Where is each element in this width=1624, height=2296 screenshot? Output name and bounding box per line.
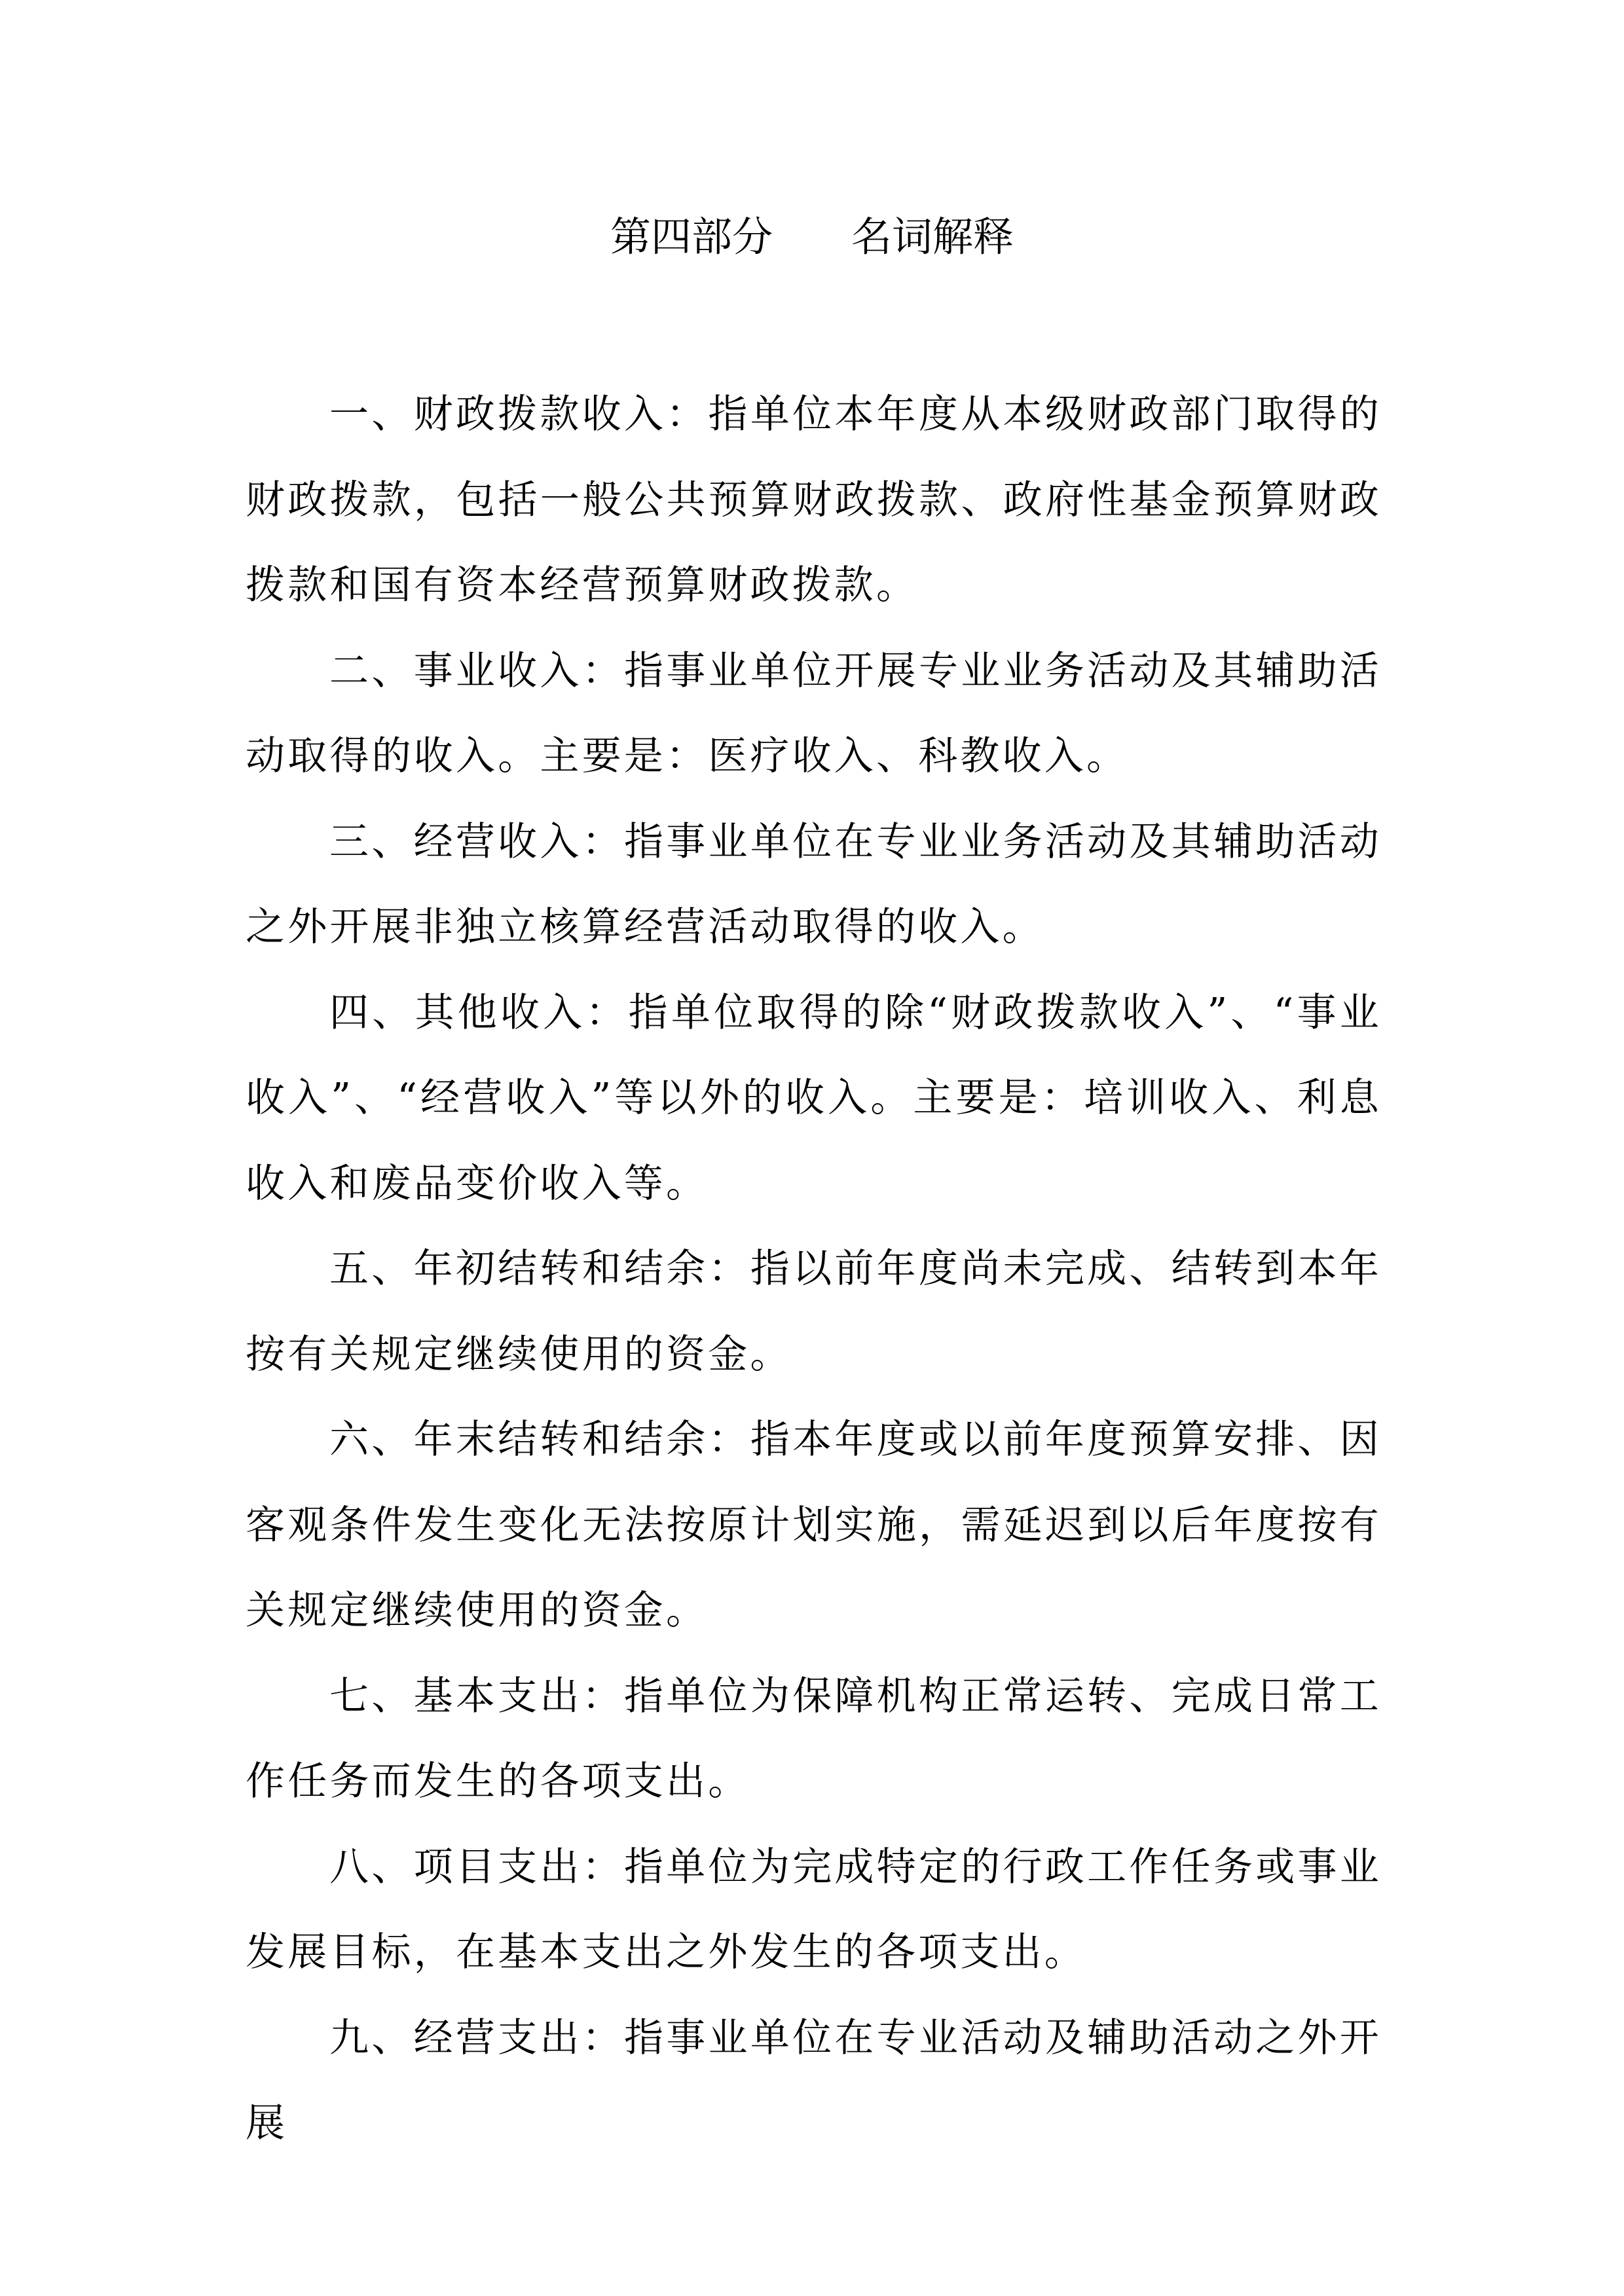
paragraph-operating-income: 三、经营收入：指事业单位在专业业务活动及其辅助活动之外开展非独立核算经营活动取得…	[246, 799, 1382, 970]
page-title: 第四部分名词解释	[0, 211, 1624, 263]
paragraph-operating-expenditure: 九、经营支出：指事业单位在专业活动及辅助活动之外开展	[246, 1995, 1382, 2166]
document-body: 一、财政拨款收入：指单位本年度从本级财政部门取得的财政拨款，包括一般公共预算财政…	[246, 372, 1382, 2166]
paragraph-fiscal-appropriation-income: 一、财政拨款收入：指单位本年度从本级财政部门取得的财政拨款，包括一般公共预算财政…	[246, 372, 1382, 629]
title-name: 名词解释	[851, 213, 1014, 261]
paragraph-project-expenditure: 八、项目支出：指单位为完成特定的行政工作任务或事业发展目标，在基本支出之外发生的…	[246, 1825, 1382, 1995]
document-page: 第四部分名词解释 一、财政拨款收入：指单位本年度从本级财政部门取得的财政拨款，包…	[0, 0, 1624, 2296]
paragraph-other-income: 四、其他收入：指单位取得的除“财政拨款收入”、“事业收入”、“经营收入”等以外的…	[246, 970, 1382, 1227]
paragraph-basic-expenditure: 七、基本支出：指单位为保障机构正常运转、完成日常工作任务而发生的各项支出。	[246, 1654, 1382, 1825]
title-part: 第四部分	[610, 213, 773, 261]
paragraph-business-income: 二、事业收入：指事业单位开展专业业务活动及其辅助活动取得的收入。主要是：医疗收入…	[246, 629, 1382, 799]
paragraph-opening-carryover: 五、年初结转和结余：指以前年度尚未完成、结转到本年按有关规定继续使用的资金。	[246, 1226, 1382, 1397]
paragraph-closing-carryover: 六、年末结转和结余：指本年度或以前年度预算安排、因客观条件发生变化无法按原计划实…	[246, 1397, 1382, 1654]
